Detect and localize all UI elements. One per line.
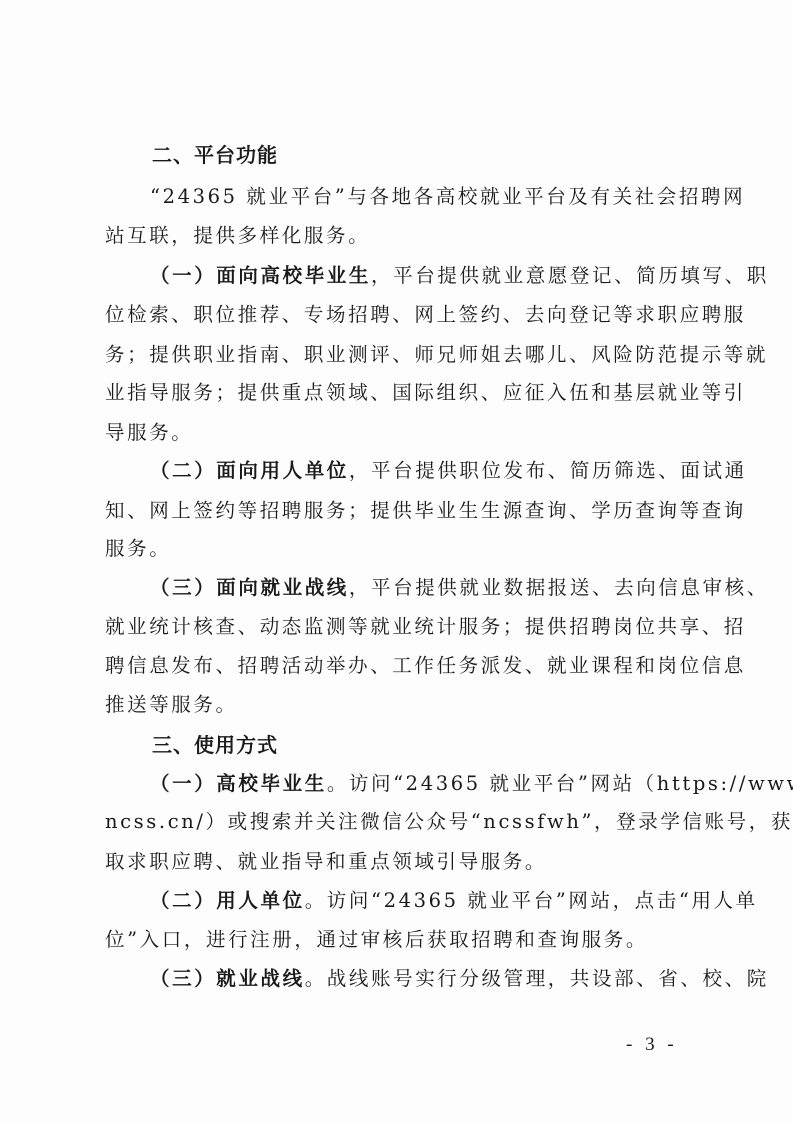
paragraph-line: 聘信息发布、招聘活动举办、工作任务派发、就业课程和岗位信息 [105, 654, 693, 678]
paragraph-line: （二）用人单位。访问“24365 就业平台”网站，点击“用人单 [150, 889, 693, 913]
paragraph-lead: （一）面向高校毕业生 [150, 264, 371, 287]
paragraph-line: （一）高校毕业生。访问“24365 就业平台”网站（https://www. [150, 772, 693, 796]
paragraph-line: 业指导服务；提供重点领域、国际组织、应征入伍和基层就业等引 [105, 381, 693, 405]
paragraph-line: （二）面向用人单位，平台提供职位发布、简历筛选、面试通 [150, 459, 693, 483]
paragraph-line: 位”入口，进行注册，通过审核后获取招聘和查询服务。 [105, 928, 693, 952]
paragraph-lead: （二）用人单位 [150, 889, 305, 912]
paragraph-line: 知、网上签约等招聘服务；提供毕业生生源查询、学历查询等查询 [105, 499, 693, 523]
paragraph-line: 就业统计核查、动态监测等就业统计服务；提供招聘岗位共享、招 [105, 615, 693, 639]
paragraph-line: （三）面向就业战线，平台提供就业数据报送、去向信息审核、 [150, 576, 693, 600]
paragraph-line: 务；提供职业指南、职业测评、师兄师姐去哪儿、风险防范提示等就 [105, 343, 693, 367]
paragraph-lead: （三）就业战线 [150, 967, 305, 990]
paragraph-line: 服务。 [105, 537, 693, 561]
section-heading-usage: 三、使用方式 [152, 733, 278, 757]
paragraph-line: 取求职应聘、就业指导和重点领域引导服务。 [105, 850, 693, 874]
paragraph-line: 站互联，提供多样化服务。 [105, 224, 693, 248]
paragraph-lead: （三）面向就业战线 [150, 576, 349, 599]
paragraph-line: （一）面向高校毕业生，平台提供就业意愿登记、简历填写、职 [150, 264, 693, 288]
paragraph-line: 位检索、职位推荐、专场招聘、网上签约、去向登记等求职应聘服 [105, 303, 693, 327]
paragraph-lead: （二）面向用人单位 [150, 459, 349, 482]
page-number: - 3 - [626, 1034, 678, 1056]
paragraph-line: （三）就业战线。战线账号实行分级管理，共设部、省、校、院 [150, 967, 693, 991]
document-page: 二、平台功能 “24365 就业平台”与各地各高校就业平台及有关社会招聘网 站互… [0, 0, 793, 1122]
paragraph-line: “24365 就业平台”与各地各高校就业平台及有关社会招聘网 [150, 185, 693, 209]
paragraph-line: 推送等服务。 [105, 693, 693, 717]
paragraph-line: 导服务。 [105, 421, 693, 445]
section-heading-platform-functions: 二、平台功能 [152, 143, 278, 167]
paragraph-line: ncss.cn/）或搜索并关注微信公众号“ncssfwh”，登录学信账号，获 [105, 810, 693, 834]
paragraph-lead: （一）高校毕业生 [150, 772, 327, 795]
